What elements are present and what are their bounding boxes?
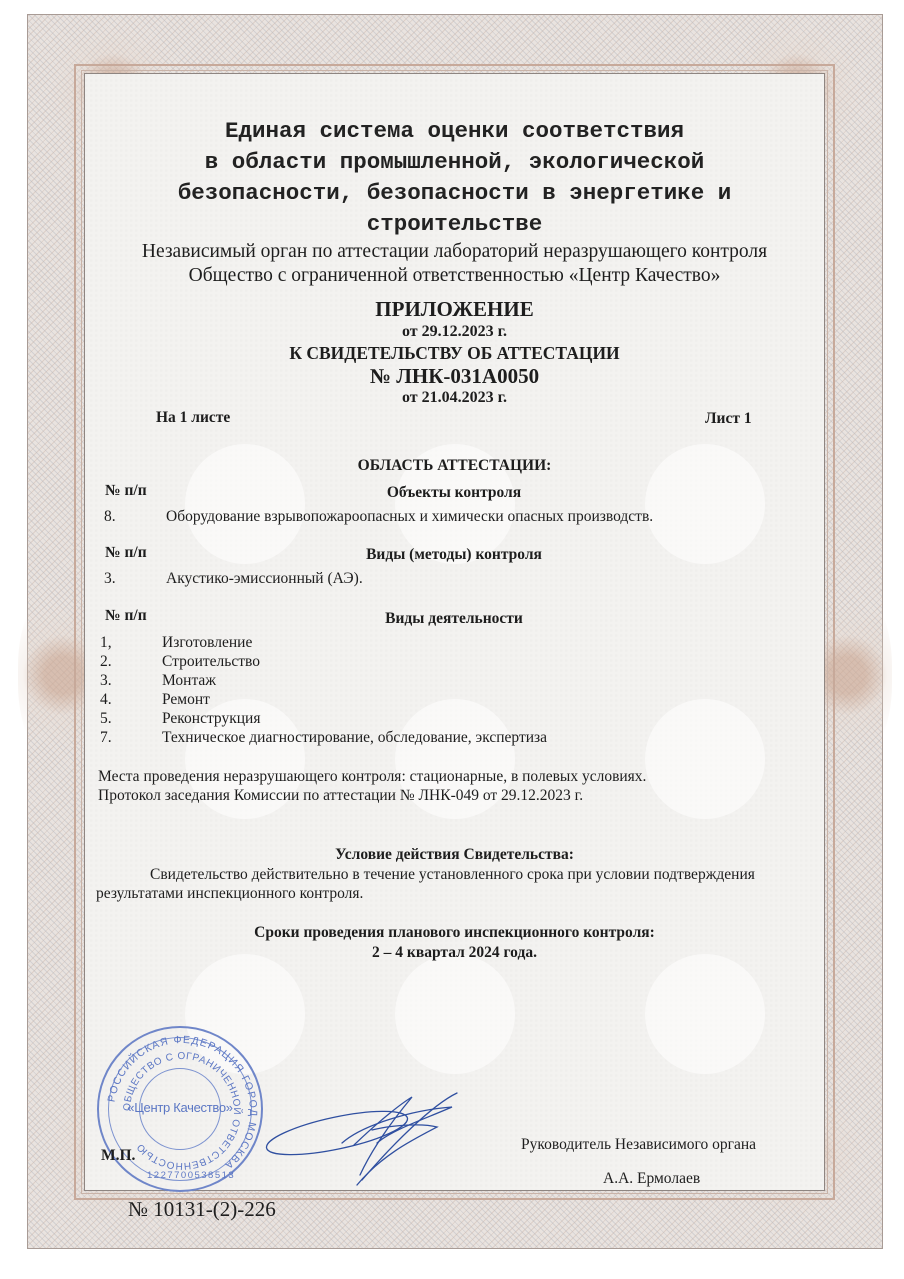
body-name: Независимый орган по аттестации лаборато… xyxy=(84,240,825,264)
validity-text-continued: результатами инспекционного контроля. xyxy=(96,884,363,903)
inspection-period: 2 – 4 квартал 2024 года. xyxy=(84,943,825,962)
stamp-center-text: «Центр Качество» xyxy=(99,1100,261,1115)
system-title: Единая система оценки соответствия в обл… xyxy=(84,116,825,240)
section-heading-objects: Объекты контроля xyxy=(84,483,824,502)
certificate-date: от 21.04.2023 г. xyxy=(84,388,825,408)
commission-protocol: Протокол заседания Комиссии по аттестаци… xyxy=(98,786,583,805)
system-title-line: Единая система оценки соответствия xyxy=(84,116,825,147)
appendix-title: ПРИЛОЖЕНИЕ xyxy=(84,296,825,322)
document-content: Единая система оценки соответствия в обл… xyxy=(0,0,904,1279)
certificate-reference: К СВИДЕТЕЛЬСТВУ ОБ АТТЕСТАЦИИ xyxy=(84,342,825,364)
organization-stamp: РОССИЙСКАЯ ФЕДЕРАЦИЯ ГОРОД МОСКВА ОБЩЕСТ… xyxy=(97,1026,263,1192)
form-number: № 10131-(2)-226 xyxy=(128,1196,276,1222)
section-heading-activities: Виды деятельности xyxy=(84,609,824,628)
appendix-header: ПРИЛОЖЕНИЕ от 29.12.2023 г. К СВИДЕТЕЛЬС… xyxy=(84,296,825,408)
system-title-line: в области промышленной, экологической xyxy=(84,147,825,178)
certificate-number: № ЛНК-031А0050 xyxy=(84,364,825,388)
svg-text:1227700538513: 1227700538513 xyxy=(147,1170,235,1181)
scope-title: ОБЛАСТЬ АТТЕСТАЦИИ: xyxy=(84,457,825,475)
sheets-total: На 1 листе xyxy=(156,409,230,427)
inspection-title: Сроки проведения планового инспекционног… xyxy=(84,923,825,942)
system-title-line: безопасности, безопасности в энергетике … xyxy=(84,178,825,209)
validity-title: Условие действия Свидетельства: xyxy=(84,845,825,864)
signature-icon xyxy=(262,1085,462,1195)
system-title-line: строительстве xyxy=(84,209,825,240)
validity-text: Свидетельство действительно в течение ус… xyxy=(150,865,755,884)
signatory-position: Руководитель Независимого органа xyxy=(521,1135,756,1154)
section-heading-methods: Виды (методы) контроля xyxy=(84,545,824,564)
appendix-date: от 29.12.2023 г. xyxy=(84,322,825,342)
signatory-name: А.А. Ермолаев xyxy=(603,1169,700,1188)
testing-locations: Места проведения неразрушающего контроля… xyxy=(98,767,646,786)
organization-name: Общество с ограниченной ответственностью… xyxy=(84,264,825,288)
sheet-number: Лист 1 xyxy=(705,410,752,428)
issuing-body: Независимый орган по аттестации лаборато… xyxy=(84,240,825,288)
seal-label: М.П. xyxy=(101,1147,135,1165)
